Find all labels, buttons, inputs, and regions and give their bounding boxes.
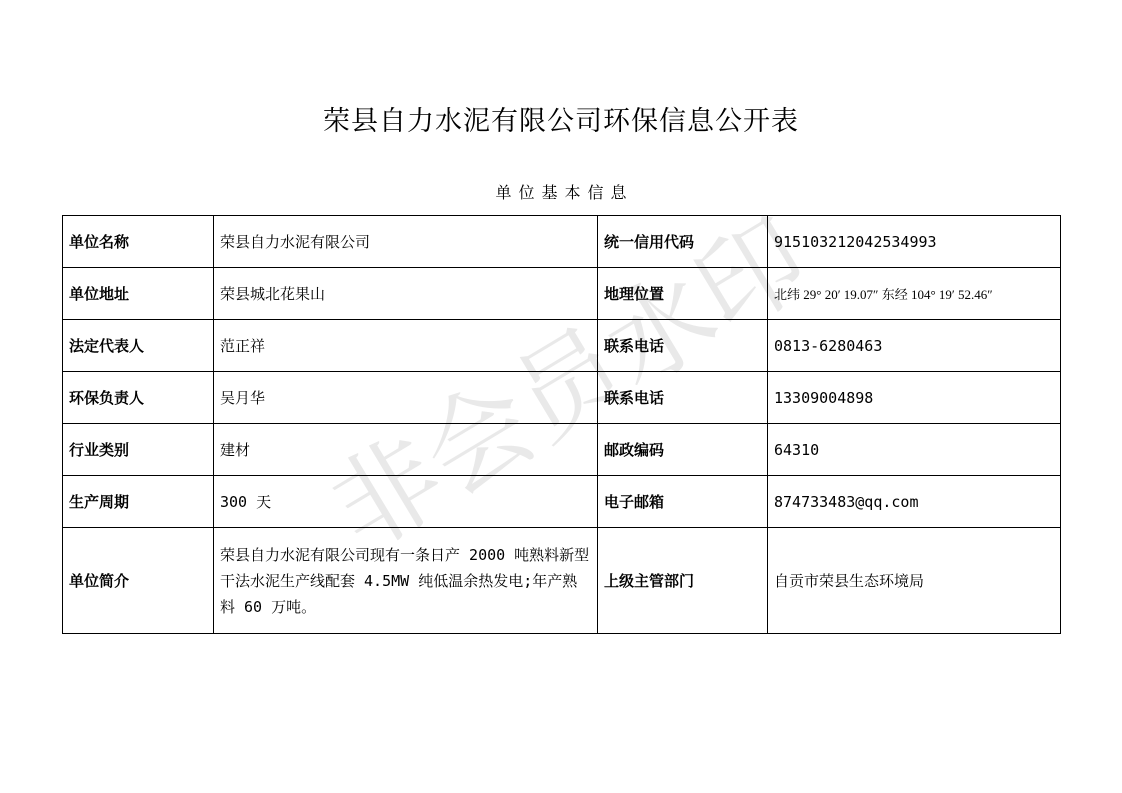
row-value-left: 范正祥 — [214, 320, 598, 372]
table-row: 环保负责人吴月华联系电话13309004898 — [63, 372, 1061, 424]
row-label-left: 单位简介 — [63, 528, 214, 634]
row-label-right: 地理位置 — [598, 268, 768, 320]
table-row: 单位地址荣县城北花果山地理位置北纬 29° 20′ 19.07″ 东经 104°… — [63, 268, 1061, 320]
row-label-left: 单位地址 — [63, 268, 214, 320]
row-value-left: 吴月华 — [214, 372, 598, 424]
document-page: 非会员水印 荣县自力水泥有限公司环保信息公开表 单位基本信息 单位名称荣县自力水… — [0, 0, 1122, 793]
row-value-left: 荣县自力水泥有限公司现有一条日产 2000 吨熟料新型干法水泥生产线配套 4.5… — [214, 528, 598, 634]
row-label-right: 联系电话 — [598, 372, 768, 424]
info-table: 单位名称荣县自力水泥有限公司统一信用代码915103212042534993单位… — [62, 215, 1061, 634]
table-row: 单位名称荣县自力水泥有限公司统一信用代码915103212042534993 — [63, 216, 1061, 268]
row-label-right: 统一信用代码 — [598, 216, 768, 268]
row-value-left: 荣县自力水泥有限公司 — [214, 216, 598, 268]
row-value-left: 300 天 — [214, 476, 598, 528]
row-label-left: 生产周期 — [63, 476, 214, 528]
row-value-right: 64310 — [768, 424, 1061, 476]
row-value-right: 北纬 29° 20′ 19.07″ 东经 104° 19′ 52.46″ — [768, 268, 1061, 320]
row-label-left: 单位名称 — [63, 216, 214, 268]
row-label-right: 联系电话 — [598, 320, 768, 372]
row-value-right: 0813-6280463 — [768, 320, 1061, 372]
row-value-right: 915103212042534993 — [768, 216, 1061, 268]
section-title: 单位基本信息 — [62, 182, 1060, 206]
table-row: 法定代表人范正祥联系电话0813-6280463 — [63, 320, 1061, 372]
row-value-right: 13309004898 — [768, 372, 1061, 424]
row-label-left: 行业类别 — [63, 424, 214, 476]
row-value-left: 建材 — [214, 424, 598, 476]
row-value-right: 874733483@qq.com — [768, 476, 1061, 528]
row-label-right: 上级主管部门 — [598, 528, 768, 634]
page-title: 荣县自力水泥有限公司环保信息公开表 — [62, 102, 1060, 140]
row-label-left: 环保负责人 — [63, 372, 214, 424]
table-row: 生产周期300 天电子邮箱874733483@qq.com — [63, 476, 1061, 528]
row-label-right: 电子邮箱 — [598, 476, 768, 528]
table-row: 单位简介荣县自力水泥有限公司现有一条日产 2000 吨熟料新型干法水泥生产线配套… — [63, 528, 1061, 634]
info-table-body: 单位名称荣县自力水泥有限公司统一信用代码915103212042534993单位… — [63, 216, 1061, 634]
row-label-left: 法定代表人 — [63, 320, 214, 372]
row-value-right: 自贡市荣县生态环境局 — [768, 528, 1061, 634]
row-value-left: 荣县城北花果山 — [214, 268, 598, 320]
table-row: 行业类别建材邮政编码64310 — [63, 424, 1061, 476]
row-label-right: 邮政编码 — [598, 424, 768, 476]
